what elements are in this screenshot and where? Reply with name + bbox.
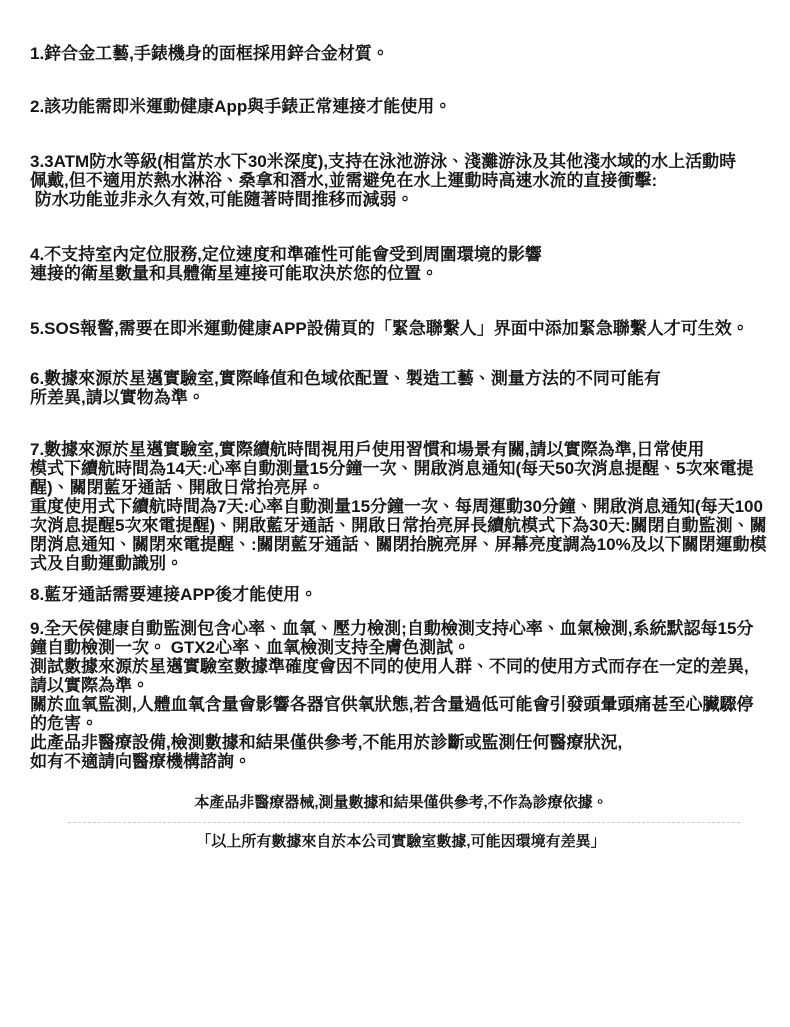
product-disclaimer-notes-page: 1.鋅合金工藝,手錶機身的面框採用鋅合金材質。 2.該功能需即米運動健康App與… [0, 0, 790, 1027]
note-paragraph-1: 1.鋅合金工藝,手錶機身的面框採用鋅合金材質。 [30, 44, 772, 63]
footer-medical-disclaimer: 本產品非醫療器械,測量數據和結果僅供參考,不作為診療依據。 [30, 793, 772, 812]
note-paragraph-7: 7.數據來源於星邁實驗室,實際續航時間視用戶使用習慣和場景有關,請以實際為準,日… [30, 440, 772, 573]
footer-lab-data-note: 「以上所有數據來自於本公司實驗室數據,可能因環境有差異」 [30, 832, 772, 851]
note-paragraph-5: 5.SOS報警,需要在即米運動健康APP設備頁的「緊急聯繫人」界面中添加緊急聯繫… [30, 319, 772, 338]
note-paragraph-3: 3.3ATM防水等級(相當於水下30米深度),支持在泳池游泳、淺灘游泳及其他淺水… [30, 152, 772, 209]
footer-section: 本產品非醫療器械,測量數據和結果僅供參考,不作為診療依據。 「以上所有數據來自於… [30, 793, 772, 851]
note-paragraph-4: 4.不支持室內定位服務,定位速度和準確性可能會受到周圍環境的影響 連接的衛星數量… [30, 245, 772, 283]
note-paragraph-2: 2.該功能需即米運動健康App與手錶正常連接才能使用。 [30, 97, 772, 116]
note-paragraph-6: 6.數據來源於星邁實驗室,實際峰值和色域依配置、製造工藝、測量方法的不同可能有 … [30, 369, 772, 407]
dashed-divider [68, 822, 740, 823]
note-paragraph-9: 9.全天侯健康自動監測包含心率、血氧、壓力檢測;自動檢測支持心率、血氣檢測,系統… [30, 619, 772, 771]
note-paragraph-8: 8.藍牙通話需要連接APP後才能使用。 [30, 585, 772, 604]
